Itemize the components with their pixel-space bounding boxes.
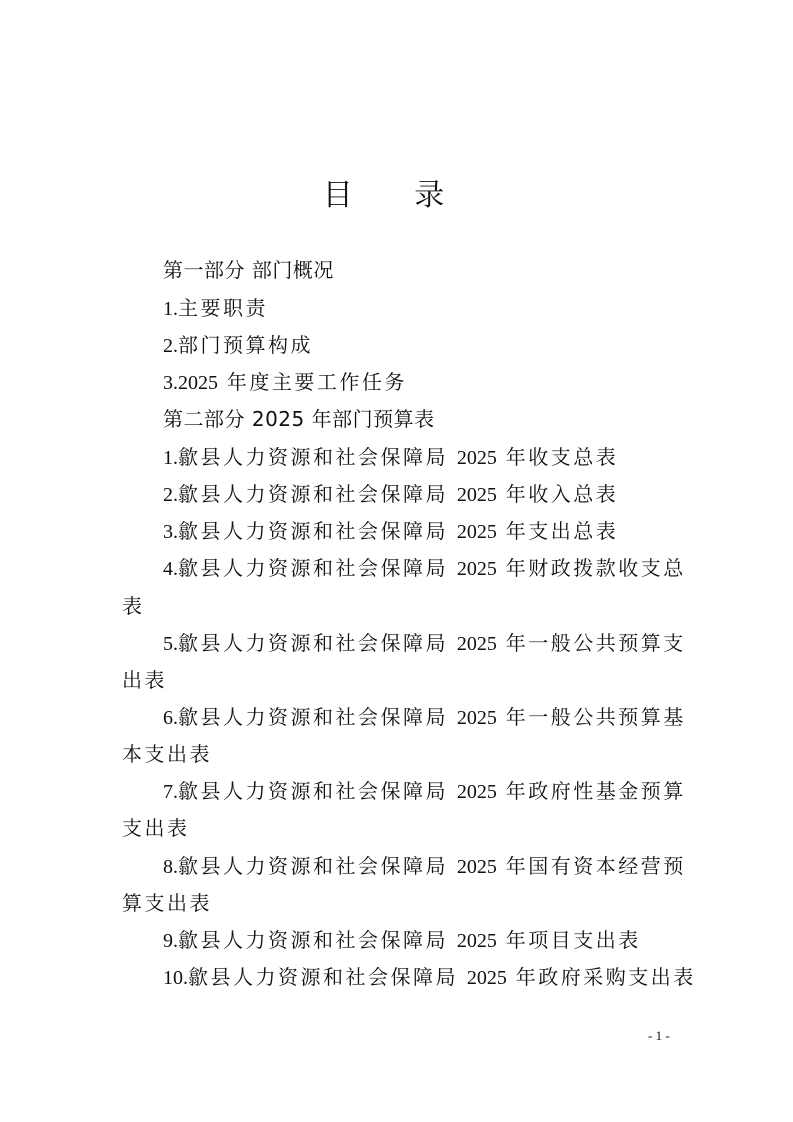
toc-item[interactable]: 9.歙县人力资源和社会保障局 2025 年项目支出表 — [163, 924, 641, 953]
toc-item[interactable]: 5.歙县人力资源和社会保障局 2025 年一般公共预算支 — [163, 627, 686, 656]
toc-item-wrap: 表 — [122, 590, 145, 619]
page-number: - 1 - — [648, 1028, 670, 1044]
toc-part2-heading: 第二部分 2025 年部门预算表 — [163, 403, 435, 432]
toc-item[interactable]: 4.歙县人力资源和社会保障局 2025 年财政拨款收支总 — [163, 552, 686, 581]
toc-item[interactable]: 2.部门预算构成 — [163, 329, 313, 358]
toc-item-wrap: 支出表 — [122, 812, 190, 841]
toc-item[interactable]: 10.歙县人力资源和社会保障局 2025 年政府采购支出表 — [163, 961, 696, 990]
toc-item[interactable]: 1.歙县人力资源和社会保障局 2025 年收支总表 — [163, 441, 618, 470]
toc-item-wrap: 本支出表 — [122, 738, 212, 767]
toc-item[interactable]: 1.主要职责 — [163, 292, 268, 321]
toc-item[interactable]: 3.歙县人力资源和社会保障局 2025 年支出总表 — [163, 515, 618, 544]
page-title: 目 录 — [0, 170, 793, 214]
toc-item[interactable]: 2.歙县人力资源和社会保障局 2025 年收入总表 — [163, 478, 618, 507]
toc-part1-heading: 第一部分 部门概况 — [163, 254, 334, 283]
toc-item-wrap: 出表 — [122, 664, 167, 693]
toc-item-wrap: 算支出表 — [122, 887, 212, 916]
toc-item[interactable]: 3.2025 年度主要工作任务 — [163, 366, 407, 395]
toc-item[interactable]: 8.歙县人力资源和社会保障局 2025 年国有资本经营预 — [163, 850, 686, 879]
toc-item[interactable]: 7.歙县人力资源和社会保障局 2025 年政府性基金预算 — [163, 775, 686, 804]
toc-item[interactable]: 6.歙县人力资源和社会保障局 2025 年一般公共预算基 — [163, 701, 686, 730]
